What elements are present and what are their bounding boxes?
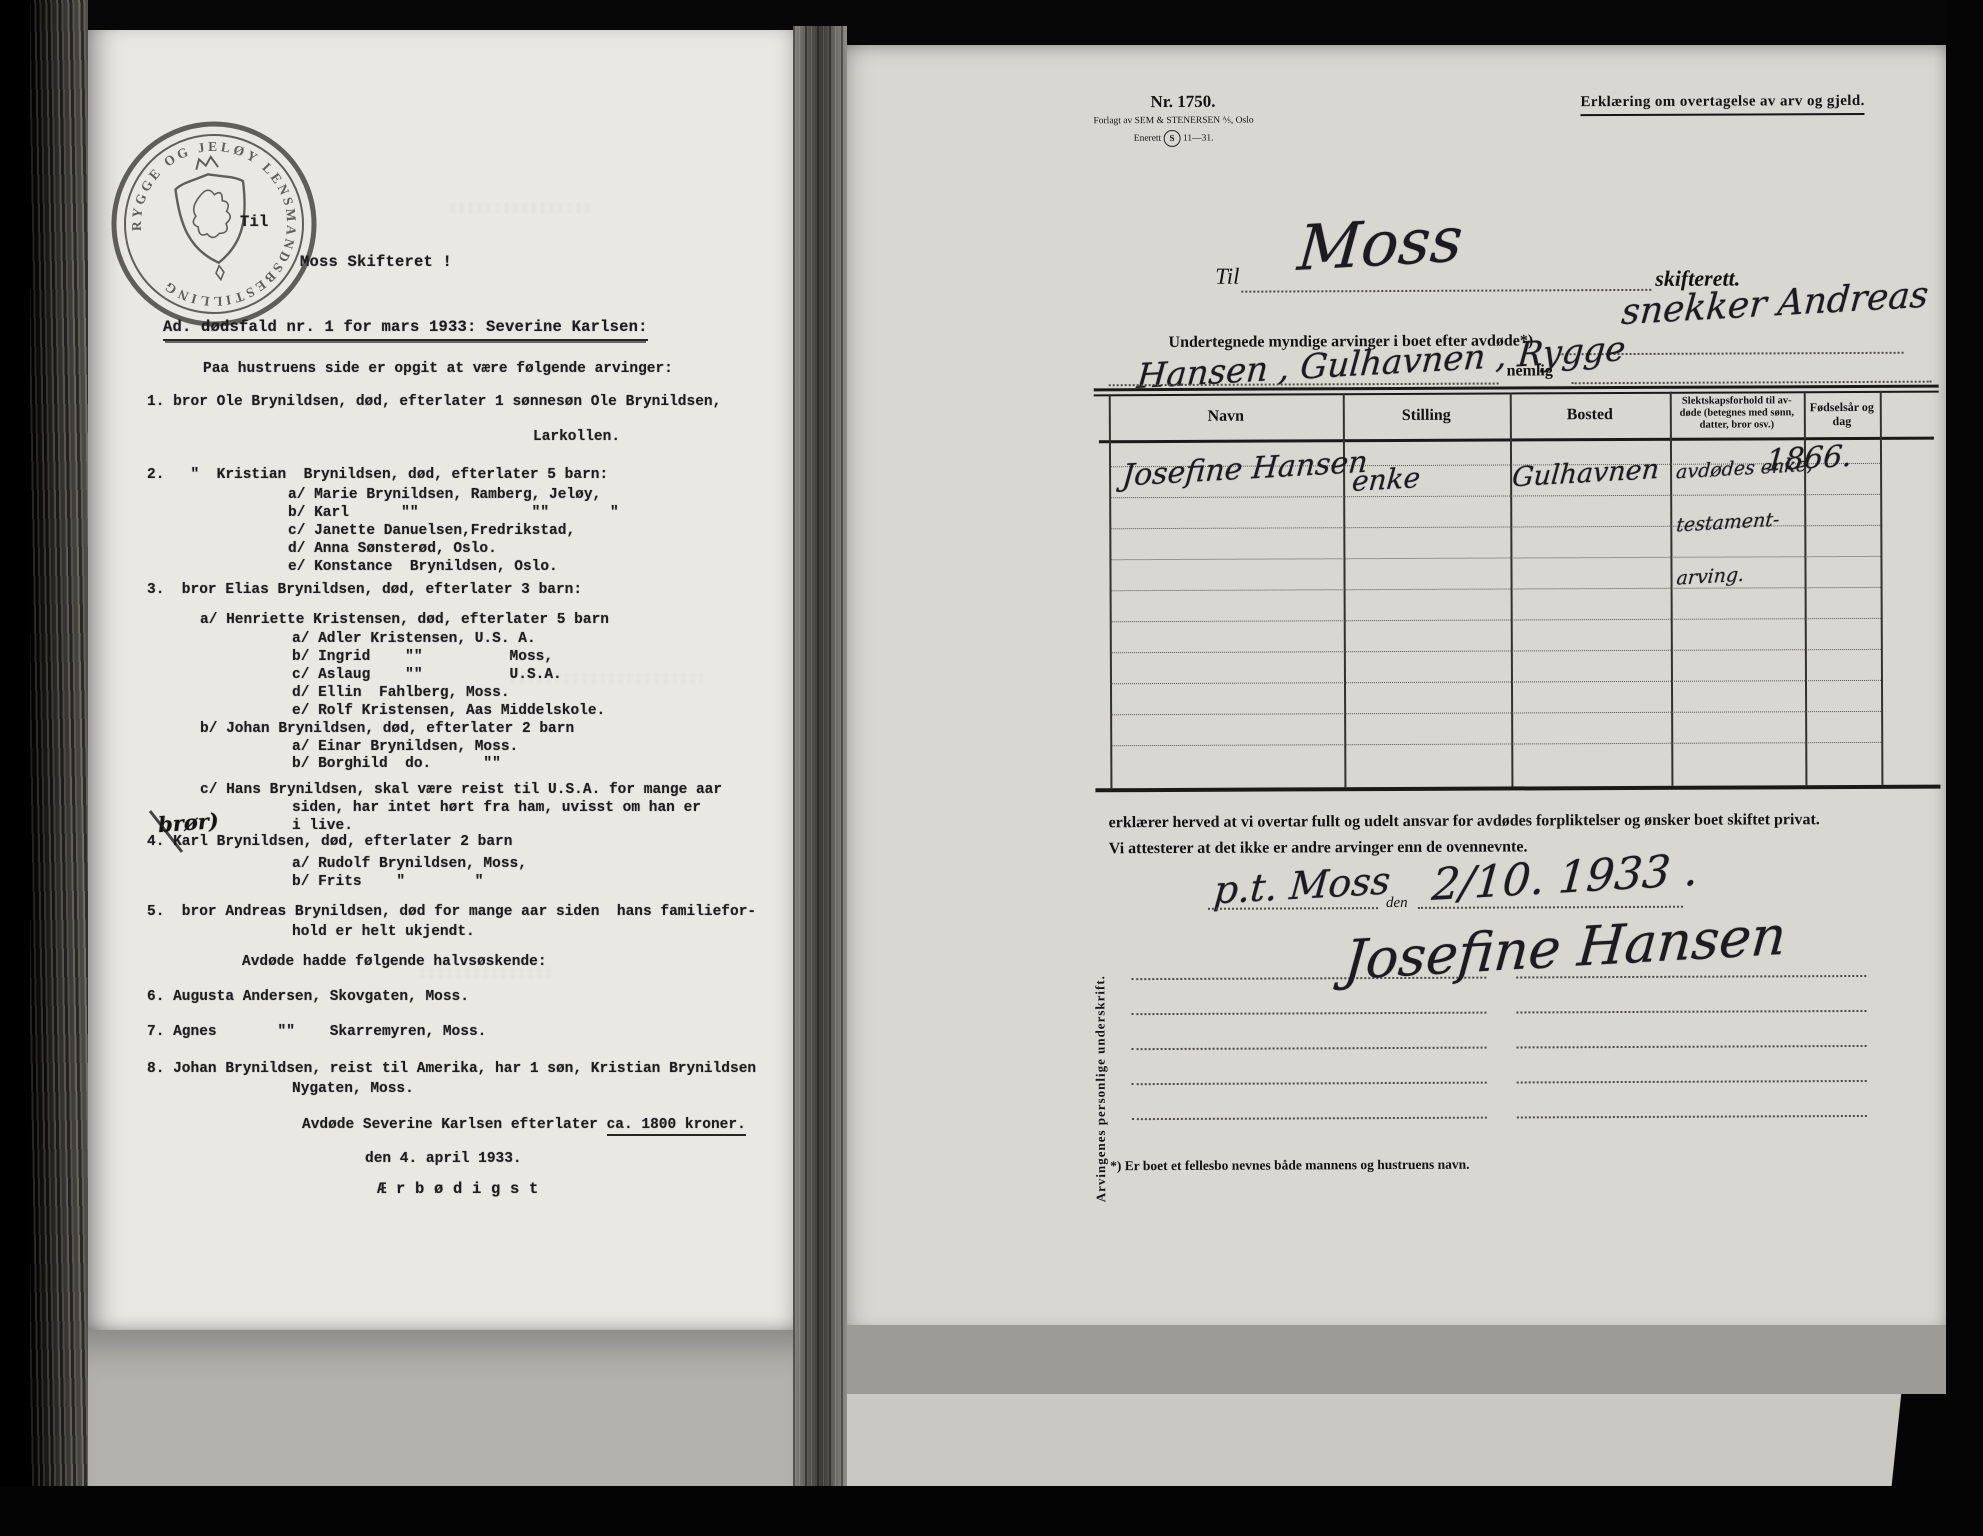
signature-column-label: Arvingenes personlige underskrift. xyxy=(1092,944,1109,1202)
to-label: Til xyxy=(1215,264,1239,290)
typed-line: a/ Rudolf Brynildsen, Moss, xyxy=(292,857,527,872)
page-gutter xyxy=(793,26,847,1488)
publisher-logo-icon: S xyxy=(1164,130,1181,147)
table-row-dotted-line xyxy=(1110,649,1881,653)
table-header-stilling: Stilling xyxy=(1347,407,1506,426)
case-heading: Ad. dødsfald nr. 1 for mars 1933: Severi… xyxy=(163,320,648,336)
bleedthrough-smudge: :::::::::::::::: xyxy=(448,200,592,217)
declaration-line-1: erklærer herved at vi overtar fullt og u… xyxy=(1109,811,1919,833)
signature-dotted-rows xyxy=(842,43,1943,48)
to-value-handwritten: Moss xyxy=(1295,202,1465,285)
table-bottom-rule xyxy=(1095,785,1940,793)
right-page-probate-form: Nr. 1750. Forlagt av SEM & STENERSEN ⅍, … xyxy=(845,45,1946,1325)
row1-relationship-2: testament- xyxy=(1675,509,1780,537)
typed-line: c/ Aslaug "" U.S.A. xyxy=(292,668,562,683)
book-spine xyxy=(0,0,88,1536)
case-heading-text: Ad. dødsfald nr. 1 for mars 1933: Severi… xyxy=(163,318,648,341)
publisher-code: 11—31. xyxy=(1183,133,1214,143)
signature-handwritten: Josefine Hansen xyxy=(1342,904,1789,992)
table-header-navn: Navn xyxy=(1113,407,1339,426)
typed-line: b/ Ingrid "" Moss, xyxy=(292,650,553,665)
table-row-dotted-line xyxy=(1109,494,1880,498)
row1-occupation: enke xyxy=(1351,461,1422,498)
typed-line: a/ Einar Brynildsen, Moss. xyxy=(292,740,518,755)
typed-line: i live. xyxy=(292,819,353,834)
place-handwritten: p.t. Moss xyxy=(1212,858,1392,912)
typed-line: Larkollen. xyxy=(533,430,620,445)
typed-line: e/ Konstance Brynildsen, Oslo. xyxy=(288,560,558,575)
form-number: Nr. 1750. xyxy=(1150,92,1215,112)
typed-line: 6. Augusta Andersen, Skovgaten, Moss. xyxy=(147,990,469,1005)
valediction: Æ r b ø d i g s t xyxy=(377,1182,539,1198)
row1-relationship-3: arving. xyxy=(1676,564,1745,590)
typed-line: d/ Anna Sønsterød, Oslo. xyxy=(288,542,497,557)
table-header-bosted: Bosted xyxy=(1514,406,1666,425)
signature-dotted-line xyxy=(1516,1010,1866,1014)
estate-value-prefix: Avdøde Severine Karlsen efterlater xyxy=(302,1117,607,1133)
signature-dotted-line xyxy=(1132,1117,1487,1121)
table-row-dotted-line xyxy=(1110,711,1881,715)
nemlig-dotted-line xyxy=(1572,381,1932,385)
estate-value-line: Avdøde Severine Karlsen efterlater ca. 1… xyxy=(302,1118,746,1133)
table-row-dotted-line xyxy=(1109,556,1880,560)
estate-value-underlined: ca. 1800 kroner. xyxy=(607,1117,746,1136)
typed-line: b/ Borghild do. "" xyxy=(292,757,501,772)
date-label: den xyxy=(1386,895,1408,912)
table-row-dotted-line xyxy=(1110,587,1881,591)
signature-dotted-line xyxy=(1132,1082,1487,1086)
typed-line: c/ Hans Brynildsen, skal være reist til … xyxy=(200,783,722,798)
typed-line: Nygaten, Moss. xyxy=(292,1082,414,1097)
underlying-sheet-left xyxy=(88,1330,795,1486)
scan-black-edge-bottom xyxy=(0,1486,1983,1536)
stamp-ring-text: RYGGE OG JELØY LENSMANDSBESTILLING xyxy=(119,129,309,319)
table-row-dotted-line xyxy=(1110,680,1881,684)
typed-line: b/ Johan Brynildsen, død, efterlater 2 b… xyxy=(200,722,574,737)
form-footnote: *) Er boet et fellesbo nevnes både manne… xyxy=(1110,1157,1469,1175)
table-header-fodselsar: Fødselsår og dag xyxy=(1808,401,1876,429)
typed-line: 4. Karl Brynildsen, død, efterlater 2 ba… xyxy=(147,835,512,850)
row1-name: Josefine Hansen xyxy=(1121,445,1369,494)
salutation: Til xyxy=(240,215,269,231)
publisher-rights: Enerett xyxy=(1134,134,1161,144)
typed-line: 8. Johan Brynildsen, reist til Amerika, … xyxy=(147,1062,756,1077)
left-page-typed-letter: RYGGE OG JELØY LENSMANDSBESTILLING :::::… xyxy=(88,30,795,1330)
table-header-slektskap: Slektskapsforhold til av-døde (betegnes … xyxy=(1674,395,1800,432)
underlying-sheet-right-light xyxy=(845,1394,1908,1486)
lensmann-seal-stamp-icon: RYGGE OG JELØY LENSMANDSBESTILLING xyxy=(94,104,335,345)
typed-line: 7. Agnes "" Skarremyren, Moss. xyxy=(147,1025,486,1040)
publisher-line: Forlagt av SEM & STENERSEN ⅍, Oslo xyxy=(1059,115,1289,126)
typed-line: a/ Marie Brynildsen, Ramberg, Jeløy, xyxy=(288,488,601,503)
underlying-sheet-right-dark xyxy=(845,1325,1946,1394)
table-header-row: NavnStillingBostedSlektskapsforhold til … xyxy=(842,43,1943,48)
typed-line: b/ Frits " " xyxy=(292,875,483,890)
typed-line: e/ Rolf Kristensen, Aas Middelskole. xyxy=(292,704,605,719)
table-row-dotted-line xyxy=(1110,742,1881,746)
nemlig-label: nemlig xyxy=(1507,362,1553,380)
typed-line: 5. bror Andreas Brynildsen, død for mang… xyxy=(147,905,756,920)
publisher-rights-line: Enerett S 11—31. xyxy=(1079,130,1269,148)
typed-line: d/ Ellin Fahlberg, Moss. xyxy=(292,686,510,701)
typed-line: Avdøde hadde følgende halvsøskende: xyxy=(242,955,547,970)
form-title: Erklæring om overtagelse av arv og gjeld… xyxy=(1580,93,1864,116)
letter-date-line: den 4. april 1933. xyxy=(365,1152,522,1167)
typed-line: hold er helt ukjendt. xyxy=(292,925,475,940)
row1-residence: Gulhavnen xyxy=(1511,454,1660,494)
signature-dotted-line xyxy=(1132,1047,1487,1051)
typed-line: 1. bror Ole Brynildsen, død, efterlater … xyxy=(147,395,721,410)
signature-dotted-line xyxy=(1517,1115,1867,1119)
typed-line: 2. " Kristian Brynildsen, død, efterlate… xyxy=(147,468,608,483)
table-row-dotted-line xyxy=(1110,618,1881,622)
to-dotted-line xyxy=(1241,289,1651,293)
typed-line: 3. bror Elias Brynildsen, død, efterlate… xyxy=(147,583,582,598)
signature-dotted-line xyxy=(1131,1012,1486,1016)
signature-dotted-line xyxy=(1517,1080,1867,1084)
typed-line: siden, har intet hørt fra ham, uvisst om… xyxy=(292,801,701,816)
recipient-line: Moss Skifteret ! xyxy=(300,255,452,271)
place-dotted-line xyxy=(1208,907,1378,910)
scan-black-edge-right xyxy=(1946,0,1983,1536)
svg-text:RYGGE OG JELØY LENSMANDSBESTIL: RYGGE OG JELØY LENSMANDSBESTILLING xyxy=(119,129,309,319)
table-blank-rows xyxy=(842,43,1943,48)
form-content: Nr. 1750. Forlagt av SEM & STENERSEN ⅍, … xyxy=(842,43,1949,1328)
typed-line: a/ Adler Kristensen, U.S. A. xyxy=(292,632,536,647)
signature-dotted-line xyxy=(1517,1045,1867,1049)
archive-scan: RYGGE OG JELØY LENSMANDSBESTILLING :::::… xyxy=(0,0,1983,1536)
intro-line: Paa hustruens side er opgit at være følg… xyxy=(203,362,673,377)
typed-line: a/ Henriette Kristensen, død, efterlater… xyxy=(200,613,609,628)
table-column-lines xyxy=(842,43,1943,48)
typed-line: c/ Janette Danuelsen,Fredrikstad, xyxy=(288,524,575,539)
row1-birth-year: 1866. xyxy=(1765,439,1854,479)
declaration-line-2: Vi attesterer at det ikke er andre arvin… xyxy=(1109,838,1528,858)
typed-line: b/ Karl "" "" " xyxy=(288,506,619,521)
